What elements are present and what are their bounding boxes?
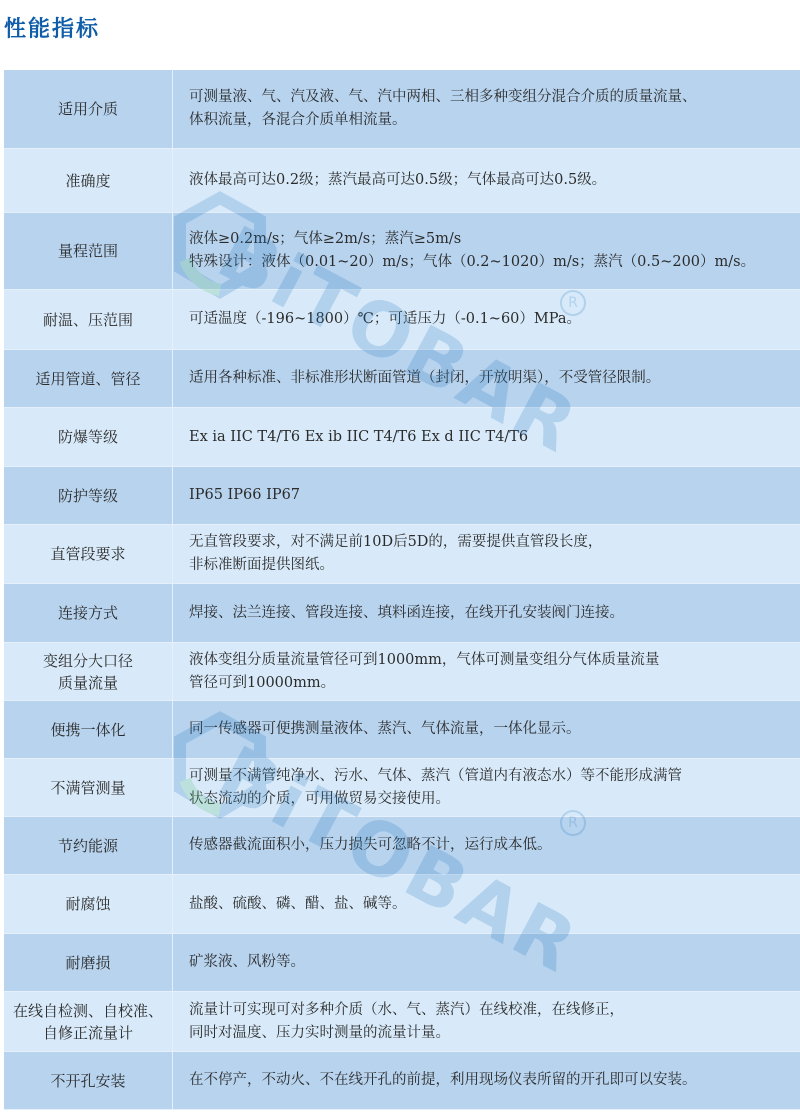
spec-label: 适用介质 bbox=[4, 70, 173, 148]
spec-label: 适用管道、管径 bbox=[4, 350, 173, 407]
spec-row-range: 量程范围 液体≥0.2m/s；气体≥2m/s；蒸汽≥5m/s 特殊设计：液体（0… bbox=[4, 213, 800, 290]
spec-label: 不满管测量 bbox=[4, 759, 173, 816]
spec-label: 在线自检测、自校准、 自修正流量计 bbox=[4, 992, 173, 1051]
spec-table: 适用介质 可测量液、气、汽及液、气、汽中两相、三相多种变组分混合介质的质量流量、… bbox=[4, 70, 800, 1110]
spec-row-pipe: 适用管道、管径 适用各种标准、非标准形状断面管道（封闭，开放明渠），不受管径限制… bbox=[4, 350, 800, 408]
spec-value: 可测量不满管纯净水、污水、气体、蒸汽（管道内有液态水）等不能形成满管 状态流动的… bbox=[173, 759, 800, 816]
spec-value: IP65 IP66 IP67 bbox=[173, 467, 800, 524]
spec-label: 节约能源 bbox=[4, 817, 173, 874]
spec-row-energy: 节约能源 传感器截流面积小，压力损失可忽略不计，运行成本低。 bbox=[4, 817, 800, 875]
spec-row-temp-pressure: 耐温、压范围 可适温度（-196~1800）℃；可适压力（-0.1~60）MPa… bbox=[4, 290, 800, 350]
spec-value: 矿浆液、风粉等。 bbox=[173, 934, 800, 991]
spec-label: 耐腐蚀 bbox=[4, 875, 173, 933]
spec-label: 不开孔安装 bbox=[4, 1052, 173, 1109]
spec-row-partial-pipe: 不满管测量 可测量不满管纯净水、污水、气体、蒸汽（管道内有液态水）等不能形成满管… bbox=[4, 759, 800, 817]
spec-label: 变组分大口径 质量流量 bbox=[4, 643, 173, 700]
spec-value: 在不停产，不动火、不在线开孔的前提，利用现场仪表所留的开孔即可以安装。 bbox=[173, 1052, 800, 1109]
spec-label: 耐磨损 bbox=[4, 934, 173, 991]
spec-row-connection: 连接方式 焊接、法兰连接、管段连接、填料函连接，在线开孔安装阀门连接。 bbox=[4, 584, 800, 643]
spec-value: 适用各种标准、非标准形状断面管道（封闭，开放明渠），不受管径限制。 bbox=[173, 350, 800, 407]
spec-row-large-diameter: 变组分大口径 质量流量 液体变组分质量流量管径可到1000mm，气体可测量变组分… bbox=[4, 643, 800, 701]
spec-value: 焊接、法兰连接、管段连接、填料函连接，在线开孔安装阀门连接。 bbox=[173, 584, 800, 642]
spec-value: 液体最高可达0.2级；蒸汽最高可达0.5级；气体最高可达0.5级。 bbox=[173, 149, 800, 212]
spec-value: 传感器截流面积小，压力损失可忽略不计，运行成本低。 bbox=[173, 817, 800, 874]
spec-row-wear: 耐磨损 矿浆液、风粉等。 bbox=[4, 934, 800, 992]
spec-row-medium: 适用介质 可测量液、气、汽及液、气、汽中两相、三相多种变组分混合介质的质量流量、… bbox=[4, 70, 800, 149]
spec-label: 便携一体化 bbox=[4, 701, 173, 758]
spec-value: 液体≥0.2m/s；气体≥2m/s；蒸汽≥5m/s 特殊设计：液体（0.01~2… bbox=[173, 213, 800, 289]
spec-label: 准确度 bbox=[4, 149, 173, 212]
spec-label: 量程范围 bbox=[4, 213, 173, 289]
spec-row-portable: 便携一体化 同一传感器可便携测量液体、蒸汽、气体流量，一体化显示。 bbox=[4, 701, 800, 759]
spec-row-protection: 防护等级 IP65 IP66 IP67 bbox=[4, 467, 800, 525]
spec-row-self-calibration: 在线自检测、自校准、 自修正流量计 流量计可实现可对多种介质（水、气、蒸汽）在线… bbox=[4, 992, 800, 1052]
spec-row-no-drilling: 不开孔安装 在不停产，不动火、不在线开孔的前提，利用现场仪表所留的开孔即可以安装… bbox=[4, 1052, 800, 1110]
spec-value: 无直管段要求，对不满足前10D后5D的，需要提供直管段长度， 非标准断面提供图纸… bbox=[173, 525, 800, 583]
spec-label: 连接方式 bbox=[4, 584, 173, 642]
spec-label: 直管段要求 bbox=[4, 525, 173, 583]
spec-value: 盐酸、硫酸、磷、醋、盐、碱等。 bbox=[173, 875, 800, 933]
spec-row-explosion-proof: 防爆等级 Ex ia IIC T4/T6 Ex ib IIC T4/T6 Ex … bbox=[4, 408, 800, 467]
spec-value: Ex ia IIC T4/T6 Ex ib IIC T4/T6 Ex d IIC… bbox=[173, 408, 800, 466]
spec-label: 耐温、压范围 bbox=[4, 290, 173, 349]
page-title: 性能指标 bbox=[4, 12, 100, 43]
spec-label: 防爆等级 bbox=[4, 408, 173, 466]
spec-value: 流量计可实现可对多种介质（水、气、蒸汽）在线校准，在线修正， 同时对温度、压力实… bbox=[173, 992, 800, 1051]
spec-row-corrosion: 耐腐蚀 盐酸、硫酸、磷、醋、盐、碱等。 bbox=[4, 875, 800, 934]
spec-value: 可测量液、气、汽及液、气、汽中两相、三相多种变组分混合介质的质量流量、 体积流量… bbox=[173, 70, 800, 148]
spec-value: 同一传感器可便携测量液体、蒸汽、气体流量，一体化显示。 bbox=[173, 701, 800, 758]
spec-value: 可适温度（-196~1800）℃；可适压力（-0.1~60）MPa。 bbox=[173, 290, 800, 349]
spec-row-straight-pipe: 直管段要求 无直管段要求，对不满足前10D后5D的，需要提供直管段长度， 非标准… bbox=[4, 525, 800, 584]
spec-row-accuracy: 准确度 液体最高可达0.2级；蒸汽最高可达0.5级；气体最高可达0.5级。 bbox=[4, 149, 800, 213]
spec-label: 防护等级 bbox=[4, 467, 173, 524]
spec-value: 液体变组分质量流量管径可到1000mm，气体可测量变组分气体质量流量 管径可到1… bbox=[173, 643, 800, 700]
